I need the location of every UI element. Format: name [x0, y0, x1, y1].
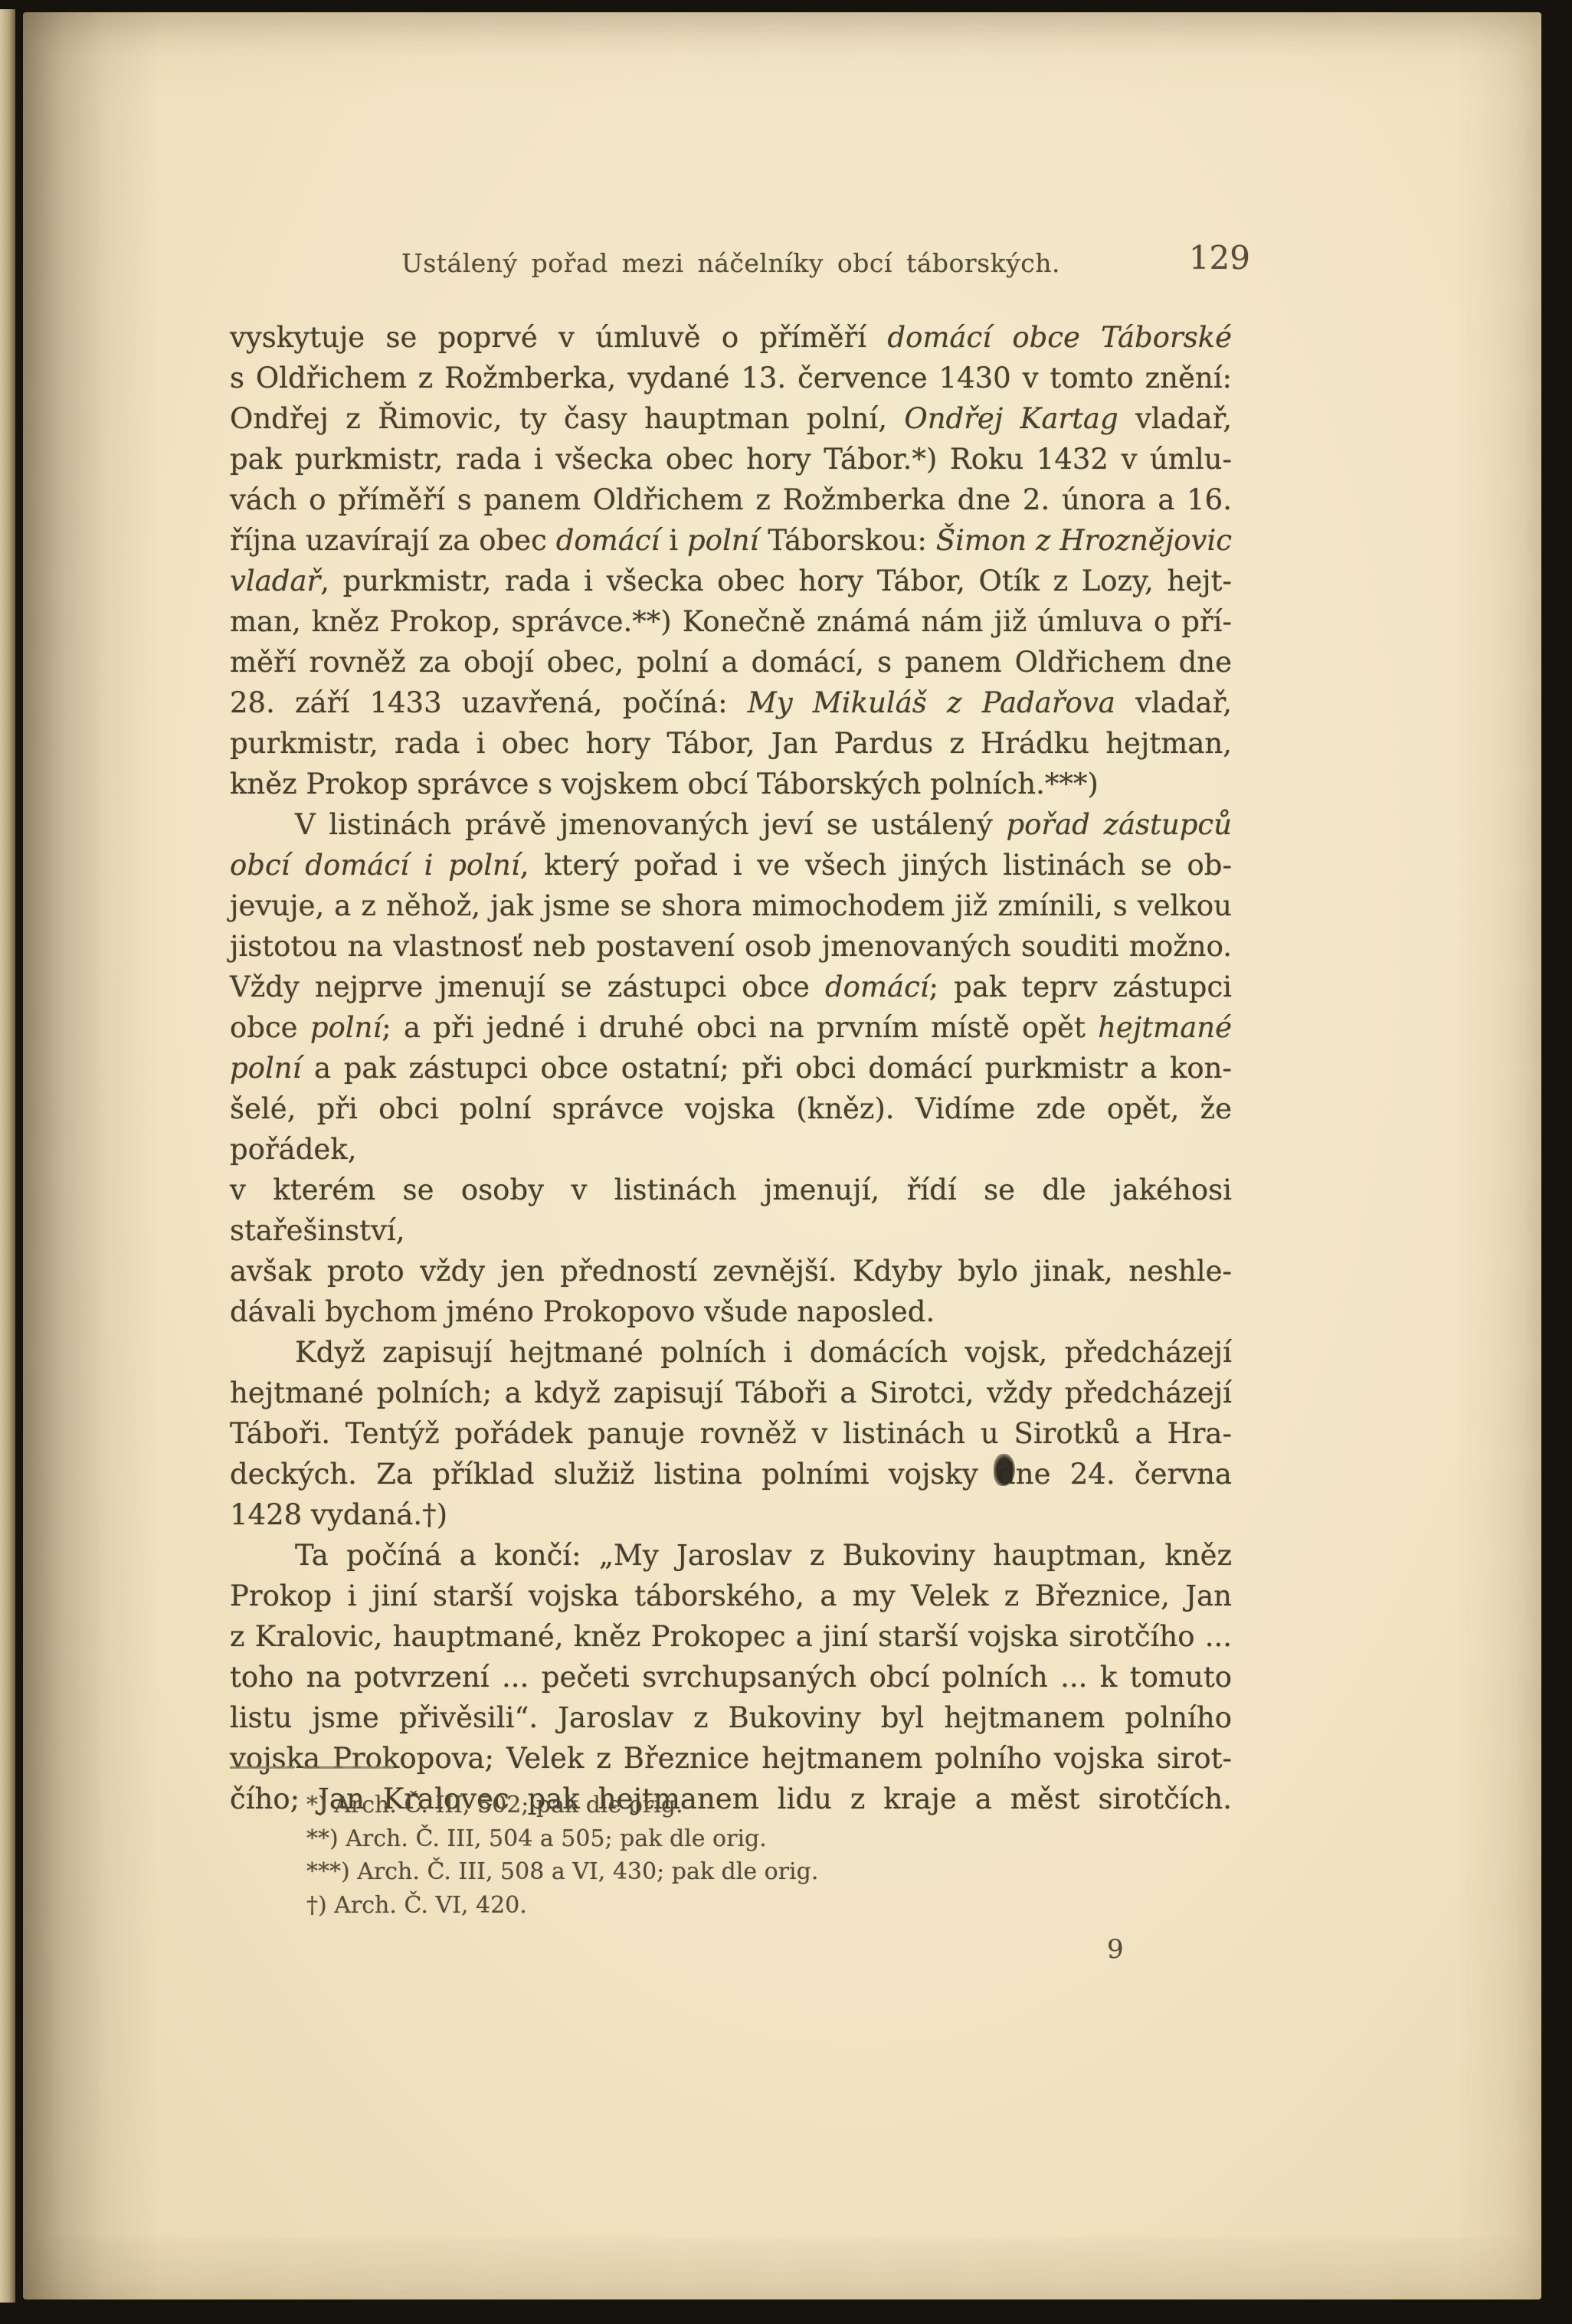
body-text: vyskytuje se poprvé v úmluvě o příměří d… [230, 317, 1232, 1819]
scanned-book-page: Ustálený pořad mezi náčelníky obcí tábor… [0, 0, 1572, 2324]
ink-blot: d [997, 1454, 1016, 1494]
signature-mark: 9 [1107, 1934, 1124, 1965]
text-line: vladař, purkmistr, rada i všecka obec ho… [230, 561, 1232, 601]
text-line: 28. září 1433 uzavřená, počíná: My Mikul… [230, 682, 1232, 723]
text-line: vyskytuje se poprvé v úmluvě o příměří d… [230, 317, 1232, 358]
text-line: vojska Prokopova; Velek z Březnice hejtm… [230, 1738, 1232, 1779]
footnotes: *) Arch. Č. III, 502; pak dle orig.**) A… [230, 1789, 1232, 1922]
text-line: z Kralovic, hauptmané, kněz Prokopec a j… [230, 1616, 1232, 1657]
text-line: 1428 vydaná.†) [230, 1494, 1232, 1535]
text-line: obce polní; a při jedné i druhé obci na … [230, 1007, 1232, 1048]
text-line: deckých. Za příklad služiž listina polní… [230, 1454, 1232, 1494]
text-line: toho na potvrzení ... pečeti svrchupsaný… [230, 1657, 1232, 1697]
text-line: v kterém se osoby v listinách jmenují, ř… [230, 1170, 1232, 1251]
text-line: purkmistr, rada i obec hory Tábor, Jan P… [230, 723, 1232, 764]
text-line: hejtmané polních; a když zapisují Táboři… [230, 1373, 1232, 1413]
text-line: měří rovněž za obojí obec, polní a domác… [230, 642, 1232, 682]
text-line: dávali bychom jméno Prokopovo všude napo… [230, 1291, 1232, 1332]
text-line: Když zapisují hejtmané polních i domácíc… [230, 1332, 1232, 1373]
footnote-separator [230, 1766, 429, 1769]
text-line: vách o příměří s panem Oldřichem z Rožmb… [230, 480, 1232, 520]
footnote: *) Arch. Č. III, 502; pak dle orig. [230, 1789, 1232, 1822]
text-line: jistotou na vlastnosť neb postavení osob… [230, 926, 1232, 967]
text-line: s Oldřichem z Rožmberka, vydané 13. červ… [230, 358, 1232, 398]
text-line: šelé, při obci polní správce vojska (kně… [230, 1088, 1232, 1170]
text-line: kněz Prokop správce s vojskem obcí Tábor… [230, 764, 1232, 804]
running-head: Ustálený pořad mezi náčelníky obcí tábor… [230, 248, 1232, 283]
page-stack-edge [0, 9, 15, 2303]
text-line: Prokop i jiní starší vojska táborského, … [230, 1576, 1232, 1616]
text-line: V listinách právě jmenovaných jeví se us… [230, 804, 1232, 845]
text-line: man, kněz Prokop, správce.**) Konečně zn… [230, 601, 1232, 642]
text-line: října uzavírají za obec domácí i polní T… [230, 520, 1232, 561]
text-line: jevuje, a z něhož, jak jsme se shora mim… [230, 885, 1232, 926]
binding-shadow [23, 12, 161, 2299]
text-line: Ondřej z Řimovic, ty časy hauptman polní… [230, 398, 1232, 439]
book-page: Ustálený pořad mezi náčelníky obcí tábor… [23, 12, 1541, 2299]
text-line: Ta počíná a končí: „My Jaroslav z Bukovi… [230, 1535, 1232, 1576]
text-line: Táboři. Tentýž pořádek panuje rovněž v l… [230, 1413, 1232, 1454]
page-number: 129 [1189, 243, 1250, 273]
running-head-title: Ustálený pořad mezi náčelníky obcí tábor… [401, 248, 1060, 278]
footnote: **) Arch. Č. III, 504 a 505; pak dle ori… [230, 1822, 1232, 1856]
text-line: Vždy nejprve jmenují se zástupci obce do… [230, 967, 1232, 1007]
text-line: avšak proto vždy jen předností zevnější.… [230, 1251, 1232, 1291]
text-line: obcí domácí i polní, který pořad i ve vš… [230, 845, 1232, 885]
text-line: listu jsme přivěsili“. Jaroslav z Bukovi… [230, 1697, 1232, 1738]
text-line: pak purkmistr, rada i všecka obec hory T… [230, 439, 1232, 480]
footnote: †) Arch. Č. VI, 420. [230, 1889, 1232, 1923]
footnote: ***) Arch. Č. III, 508 a VI, 430; pak dl… [230, 1855, 1232, 1889]
text-line: polní a pak zástupci obce ostatní; při o… [230, 1048, 1232, 1088]
